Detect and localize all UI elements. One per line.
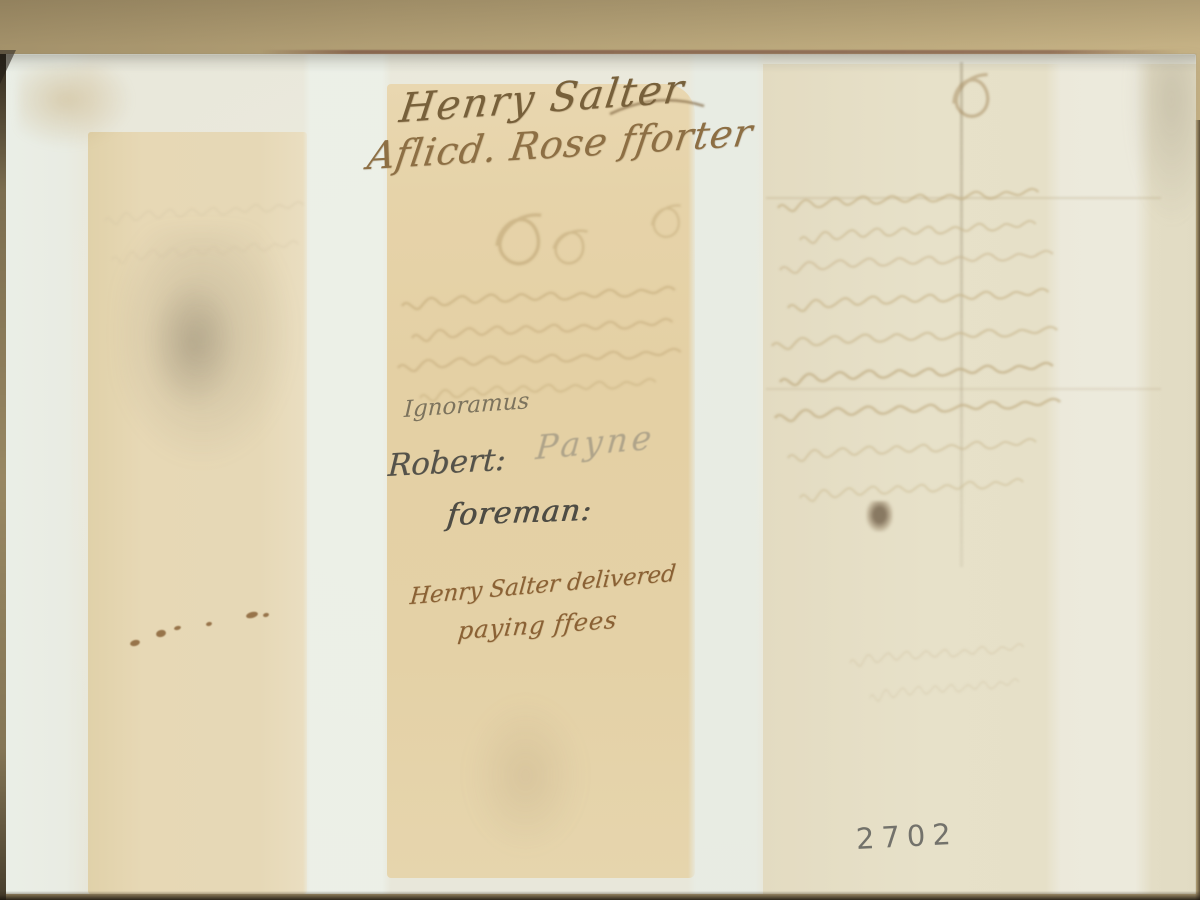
tape-strip-left	[6, 54, 90, 894]
catalog-number-pencil: 2702	[855, 817, 958, 856]
archival-document-photo: Henry Salter Aflicd. Rose fforter Ignora…	[0, 0, 1200, 900]
tape-strip-center-right	[688, 54, 765, 894]
inscription-foreman-title: foreman:	[445, 493, 594, 533]
tape-strip-center-left	[303, 54, 391, 894]
backdrop-shadow	[0, 0, 1200, 46]
left-tan-panel	[88, 132, 307, 894]
deckled-top-edge	[6, 54, 1196, 72]
inscription-foreman-name: Robert:	[387, 442, 507, 484]
tape-strip-right	[1046, 58, 1152, 894]
